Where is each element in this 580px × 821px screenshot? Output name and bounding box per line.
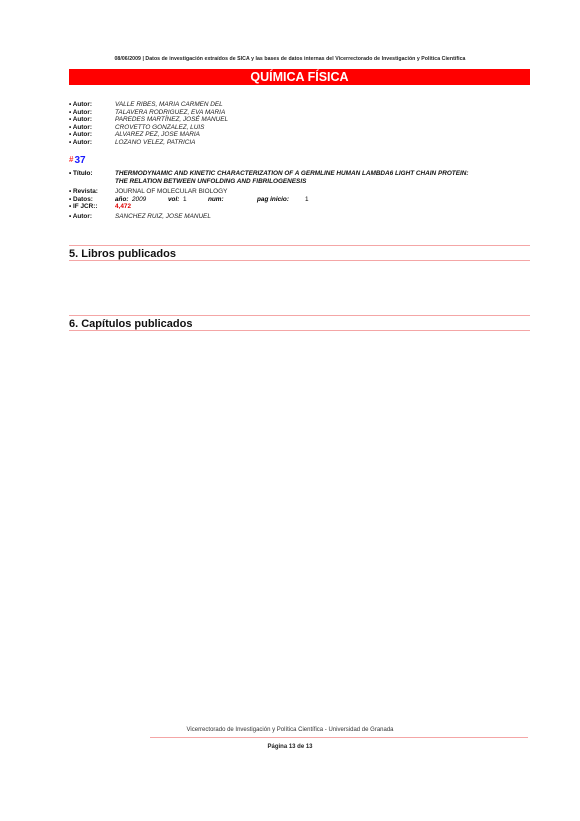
journal-label: • Revista:: [69, 188, 98, 196]
title-line-1: THERMODYNAMIC AND KINETIC CHARACTERIZATI…: [115, 170, 525, 178]
author-name: ALVAREZ PEZ, JOSE MARIA: [115, 131, 200, 139]
department-banner: QUÍMICA FÍSICA: [69, 69, 530, 85]
author-label: • Autor:: [69, 124, 92, 132]
footer-divider: [150, 737, 528, 738]
vol-value: 1: [183, 196, 187, 204]
author-label: • Autor:: [69, 139, 92, 147]
entry-number: #37: [69, 155, 86, 166]
author-name: VALLE RIBES, MARIA CARMEN DEL: [115, 101, 223, 109]
entry-number-value: 37: [74, 155, 85, 166]
page-label: pag inicio:: [257, 196, 289, 204]
author-label: • Autor:: [69, 131, 92, 139]
author-label: • Autor:: [69, 213, 92, 221]
author-name: CROVETTO GONZALEZ, LUIS: [115, 124, 204, 132]
author-name: PAREDES MARTÍNEZ, JOSÉ MANUEL: [115, 116, 228, 124]
author-name: SANCHEZ RUIZ, JOSE MANUEL: [115, 213, 211, 221]
page-number: Página 13 de 13: [0, 744, 580, 750]
year-label: año:: [115, 196, 129, 204]
if-label: • IF JCR::: [69, 203, 98, 211]
author-label: • Autor:: [69, 109, 92, 117]
author-label: • Autor:: [69, 116, 92, 124]
if-value: 4,472: [115, 203, 131, 211]
author-name: LOZANO VELEZ, PATRICIA: [115, 139, 195, 147]
hash-icon: #: [69, 155, 73, 164]
entry-title: THERMODYNAMIC AND KINETIC CHARACTERIZATI…: [115, 170, 525, 186]
page-header: 08/06/2009 | Datos de investigación extr…: [0, 56, 580, 62]
year-value: 2009: [132, 196, 146, 204]
num-label: num:: [208, 196, 224, 204]
section-title: 6. Capítulos publicados: [69, 318, 192, 330]
title-label: • Título:: [69, 170, 93, 177]
journal-value: JOURNAL OF MOLECULAR BIOLOGY: [115, 188, 227, 196]
vol-label: vol:: [168, 196, 179, 204]
section-libros: 5. Libros publicados: [69, 245, 530, 261]
author-label: • Autor:: [69, 101, 92, 109]
footer-text: Vicerrectorado de Investigación y Políti…: [0, 727, 580, 733]
title-line-2: THE RELATION BETWEEN UNFOLDING AND FIBRI…: [115, 178, 525, 186]
section-capitulos: 6. Capítulos publicados: [69, 315, 530, 331]
page-value: 1: [305, 196, 309, 204]
section-title: 5. Libros publicados: [69, 248, 176, 260]
datos-label: • Datos:: [69, 196, 93, 204]
